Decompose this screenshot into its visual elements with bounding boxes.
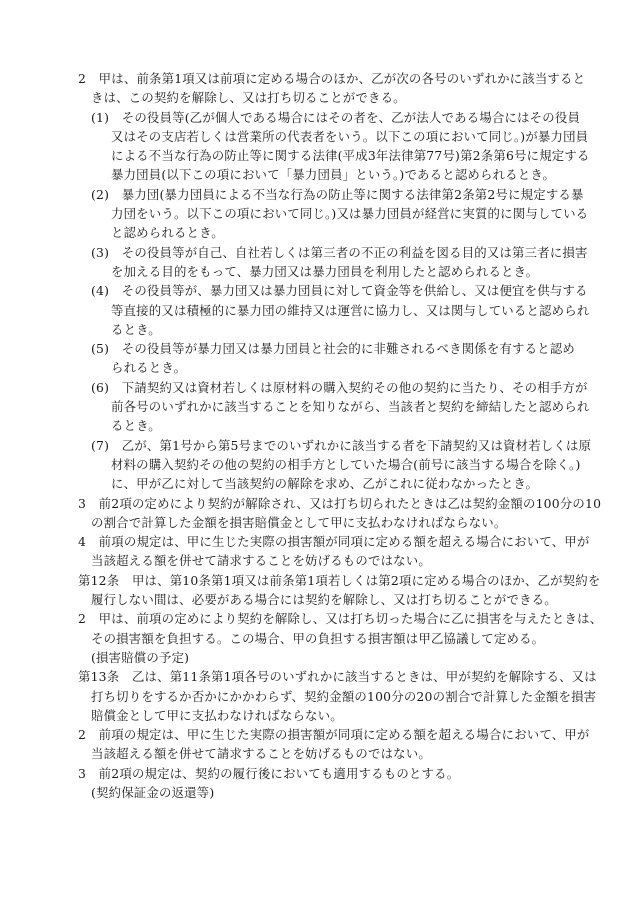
document-line: 2 前項の規定は、甲に生じた実際の損害額が同項に定める額を超える場合において、甲…: [78, 725, 558, 744]
document-line: 材料の購入契約その他の契約の相手方としていた場合(前号に該当する場合を除く。): [78, 455, 558, 474]
document-line: きは、この契約を解除し、又は打ち切ることができる。: [78, 88, 558, 107]
document-line: を加える目的をもって、暴力団又は暴力団員を利用したと認められるとき。: [78, 262, 558, 281]
document-line: (3) その役員等が自己、自社若しくは第三者の不正の利益を図る目的又は第三者に損…: [78, 243, 558, 262]
document-line: 力団をいう。以下この項において同じ。)又は暴力団員が経営に実質的に関与している: [78, 204, 558, 223]
document-line: (6) 下請契約又は資材若しくは原材料の購入契約その他の契約に当たり、その相手方…: [78, 378, 558, 397]
document-line: (損害賠償の予定): [78, 648, 558, 667]
document-line: (5) その役員等が暴力団又は暴力団員と社会的に非難されるべき関係を有すると認め: [78, 339, 558, 358]
document-line: 3 前2項の定めにより契約が解除され、又は打ち切られたときは乙は契約金額の100…: [78, 494, 558, 513]
document-line: 当該超える額を併せて請求することを妨げるものではない。: [78, 551, 558, 570]
document-line: るとき。: [78, 416, 558, 435]
document-line: るとき。: [78, 320, 558, 339]
document-line: (2) 暴力団(暴力団員による不当な行為の防止等に関する法律第2条第2号に規定す…: [78, 185, 558, 204]
document-line: 暴力団員(以下この項において「暴力団員」という。)であると認められるとき。: [78, 165, 558, 184]
document-line: 打ち切りをするか否かにかかわらず、契約金額の100分の20の割合で計算した金額を…: [78, 687, 558, 706]
document-line: に、甲が乙に対して当該契約の解除を求め、乙がこれに従わなかったとき。: [78, 474, 558, 493]
document-line: (契約保証金の返還等): [78, 783, 558, 802]
document-line: 4 前項の規定は、甲に生じた実際の損害額が同項に定める額を超える場合において、甲…: [78, 532, 558, 551]
document-line: 前各号のいずれかに該当することを知りながら、当該者と契約を締結したと認められ: [78, 397, 558, 416]
document-line: 等直接的又は積極的に暴力団の維持又は運営に協力し、又は関与していると認められ: [78, 301, 558, 320]
document-line: 賠償金として甲に支払わなければならない。: [78, 706, 558, 725]
document-line: 又はその支店若しくは営業所の代表者をいう。以下この項において同じ。)が暴力団員: [78, 127, 558, 146]
document-line: (1) その役員等(乙が個人である場合にはその者を、乙が法人である場合にはその役…: [78, 108, 558, 127]
document-line: (7) 乙が、第1号から第5号までのいずれかに該当する者を下請契約又は資材若しく…: [78, 436, 558, 455]
document-line: 当該超える額を併せて請求することを妨げるものではない。: [78, 744, 558, 763]
document-line: と認められるとき。: [78, 223, 558, 242]
document-line: 3 前2項の規定は、契約の履行後においても適用するものとする。: [78, 764, 558, 783]
document-line: 第13条 乙は、第11条第1項各号のいずれかに該当するときは、甲が契約を解除する…: [78, 667, 558, 686]
document-line: 2 甲は、前項の定めにより契約を解除し、又は打ち切った場合に乙に損害を与えたとき…: [78, 609, 558, 628]
document-line: 第12条 甲は、第10条第1項又は前条第1項若しくは第2項に定める場合のほか、乙…: [78, 571, 558, 590]
document-line: その損害額を負担する。この場合、甲の負担する損害額は甲乙協議して定める。: [78, 629, 558, 648]
document-line: の割合で計算した金額を損害賠償金として甲に支払わなければならない。: [78, 513, 558, 532]
document-line: による不当な行為の防止等に関する法律(平成3年法律第77号)第2条第6号に規定す…: [78, 146, 558, 165]
document-line: 2 甲は、前条第1項又は前項に定める場合のほか、乙が次の各号のいずれかに該当する…: [78, 69, 558, 88]
document-line: (4) その役員等が、暴力団又は暴力団員に対して資金等を供給し、又は便宜を供与す…: [78, 281, 558, 300]
document-line: 履行しない間は、必要がある場合には契約を解除し、又は打ち切ることができる。: [78, 590, 558, 609]
document-page: 2 甲は、前条第1項又は前項に定める場合のほか、乙が次の各号のいずれかに該当する…: [78, 69, 558, 802]
document-line: られるとき。: [78, 358, 558, 377]
